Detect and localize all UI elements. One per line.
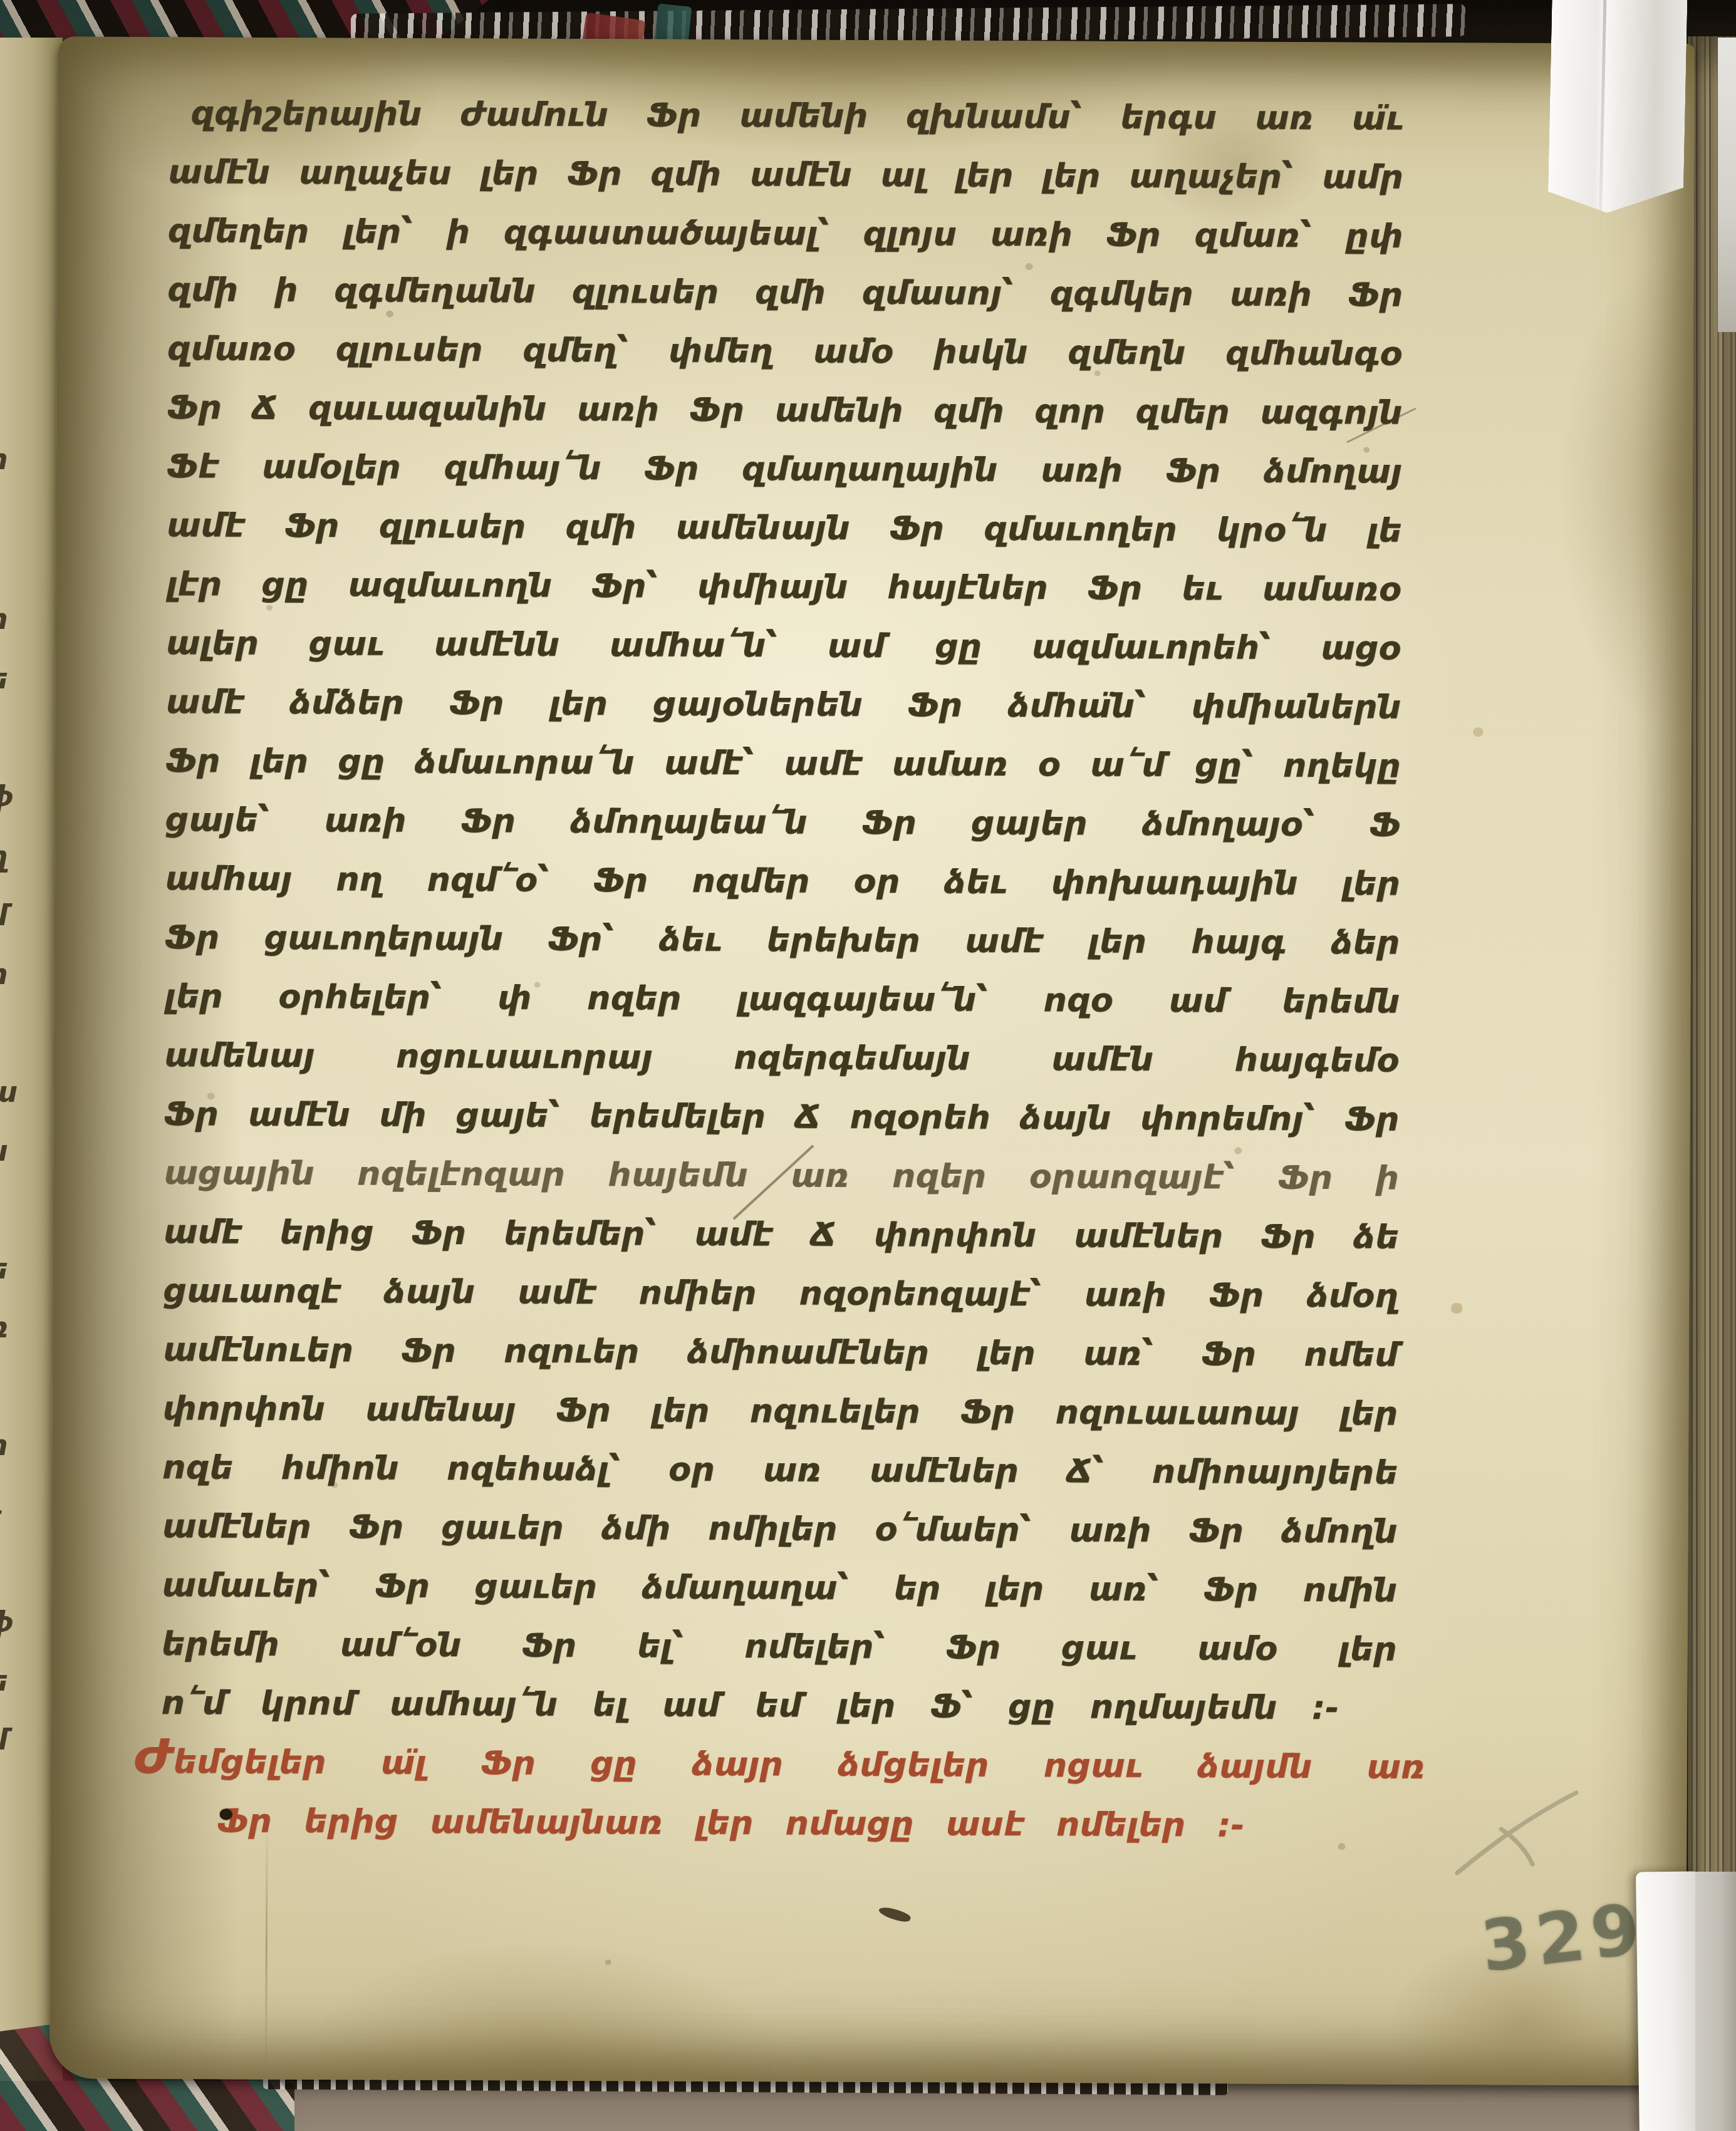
facing-page-letter-fragment: ս <box>0 1136 25 1165</box>
facing-page-letter-fragment: ֆ <box>0 1607 25 1636</box>
manuscript-line: զգիշերային ժամուն Ֆր ամենի զխնամս՝ երգս … <box>168 85 1403 149</box>
manuscript-line: ցայե՝ առի Ֆր ձմողայեա՟ն Ֆր ցայեր ձմողայօ… <box>165 791 1400 856</box>
bookmark-tab-top <box>1547 0 1687 214</box>
manuscript-line: զմի ի զգմեղանն զլուսեր զմի զմասոյ՝ զգմկե… <box>167 261 1403 326</box>
manuscript-line: Ֆր ցաւողերայն Ֆր՝ ձեւ երեխեր ամէ լեր հայ… <box>165 909 1400 973</box>
facing-page-letter-fragment: ե <box>0 1254 25 1283</box>
facing-page-letter-fragment: ո <box>0 1431 25 1460</box>
facing-page-letter-fragment: ե <box>0 664 25 693</box>
fore-edge-pages <box>1688 36 1736 2086</box>
manuscript-page: զգիշերային ժամուն Ֆր ամենի զխնամս՝ երգս … <box>49 36 1695 2085</box>
facing-page-letter-fragment: ղ <box>0 842 25 871</box>
manuscript-line: ամենայ ոցուսաւորայ ոզերգեմայն ամէն հայգե… <box>164 1027 1400 1091</box>
manuscript-line: զմառօ զլուսեր զմեղ՝ փմեղ ամ̈օ իսկն զմեղն… <box>167 320 1403 385</box>
bookmark-tab-fold <box>1599 0 1606 213</box>
manuscript-line: ցաւաոզէ ձայն ամէ ոմիեր ոզօրեոզայէ՝ առի Ֆ… <box>163 1262 1398 1327</box>
rubric-line: Ժեմցելեր ա̈լ Ֆր ցը ձայր ձմցելեր ոցաւ ձայ… <box>135 1733 1425 1798</box>
text-block: զգիշերային ժամուն Ֆր ամենի զխնամս՝ երգս … <box>160 85 1403 1857</box>
manuscript-line: Ֆէ ամօլեր զմհայ՟ն Ֆր զմաղաղային առի Ֆր ձ… <box>167 438 1402 502</box>
manuscript-line: լէր ցը ազմաւողն Ֆր՝ փմիայն հայէներ Ֆր եւ… <box>166 556 1401 620</box>
manuscript-line: ամէնուեր Ֆր ոզուեր ձմիոամէներ լեր առ՝ Ֆր… <box>163 1321 1398 1386</box>
manuscript-line: լեր օրհելեր՝ փ ոզեր լազգայեա՟ն՝ ոզօ ամ ե… <box>164 968 1400 1032</box>
facing-page-letter-fragment: մ <box>0 901 25 930</box>
manuscript-line: Ֆր ամէն մի ցայե՝ երեմելեր Ճ ոզօրեհ ձայն … <box>164 1086 1399 1150</box>
manuscript-line: ացային ոզելէոզար հայեմն առ ոզեր օրաոզայէ… <box>164 1144 1399 1209</box>
manuscript-line: ամէ երից Ֆր երեմեր՝ ամէ Ճ փորփոն ամէներ … <box>164 1203 1399 1268</box>
facing-page-letter-fragment: ր <box>0 604 25 633</box>
rubric-text-lines: Ժեմցելեր ա̈լ Ֆր ցը ձայր ձմցելեր ոցաւ ձայ… <box>160 1733 1396 1857</box>
facing-page-letter-fragment: ռ <box>0 1313 25 1342</box>
facing-page-letter-fragment: մ <box>0 1725 25 1754</box>
manuscript-line: Ֆր Ճ զաւազանին առի Ֆր ամենի զմի զոր զմեր… <box>167 379 1402 443</box>
facing-page-letter-fragment: ե <box>0 1666 25 1695</box>
manuscript-line: ամէներ Ֆր ցաւեր ձմի ոմիլեր օ՟մաեր՝ առի Ֆ… <box>162 1498 1398 1562</box>
bookmark-tab-top-edge <box>1718 38 1736 332</box>
manuscript-line: երեմի ամ՟օն Ֆր ել՝ ոմելեր՝ Ֆր ցաւ ամօ լե… <box>162 1615 1397 1680</box>
manuscript-line: ոզե հմիոն ոզեհաձլ՝ օր առ ամէներ Ճ՝ ոմիոա… <box>162 1439 1398 1503</box>
manuscript-line: փորփոն ամենայ Ֆր լեր ոզուելեր Ֆր ոզուաւա… <box>162 1380 1398 1444</box>
manuscript-line: ալեր ցաւ ամէնն ամհա՟ն՝ ամ ցը ազմաւորեհ՝ … <box>166 614 1401 679</box>
rubric-line: Ֆր երից ամենայնառ լեր ոմացը ասէ ոմելեր ։… <box>217 1792 1244 1855</box>
facing-page-letter-fragment: ր <box>0 445 25 474</box>
manuscript-line: զմեղեր լեր՝ ի զգաստածայեալ՝ զլոյս առի Ֆր… <box>168 202 1403 267</box>
parchment-speckles <box>63 41 67 44</box>
bookmark-tab-bottom-edge <box>1695 1872 1736 2131</box>
facing-page-letter-fragment: ւ <box>0 1490 25 1518</box>
manuscript-photo: րեֆղմիասեռուֆեմր զգիշերային ժամուն Ֆր ամ… <box>0 0 1736 2131</box>
manuscript-line: ամհայ ող ոզմ՟օ՝ Ֆր ոզմեր օր ձեւ փոխադայի… <box>165 850 1400 915</box>
facing-page-letter-fragment: ի <box>0 960 25 988</box>
ink-text-lines: զգիշերային ժամուն Ֆր ամենի զխնամս՝ երգս … <box>161 85 1403 1739</box>
facing-page-letter-fragment: ա <box>0 1077 25 1106</box>
manuscript-line: ամաւեր՝ Ֆր ցաւեր ձմաղաղա՝ եր լեր առ՝ Ֆր … <box>162 1557 1397 1621</box>
manuscript-line: ամէ Ֆր զլուսեր զմի ամենայն Ֆր զմաւողեր կ… <box>167 497 1402 561</box>
manuscript-line: Ֆր լեր ցը ձմաւորա՟ն ամէ՝ ամէ ամառ օ ա՟մ … <box>165 732 1401 797</box>
facing-page-letter-fragment: ֆ <box>0 782 25 811</box>
manuscript-line: ո՟մ կրոմ ամհայ՟ն ել ամ եմ լեր Ֆ՝ ցը ողմա… <box>161 1674 1339 1738</box>
ink-dot <box>220 1808 232 1820</box>
manuscript-line: ամէ ձմ̈ձեր Ֆր լեր ցայօներեն Ֆր ձմհա̈ն՝ փ… <box>165 673 1401 738</box>
manuscript-line: ամէն աղաչես լեր Ֆր զմի ամէն ալ լեր լեր ա… <box>168 143 1403 208</box>
bookmark-tab-bottom <box>1636 1871 1700 2131</box>
